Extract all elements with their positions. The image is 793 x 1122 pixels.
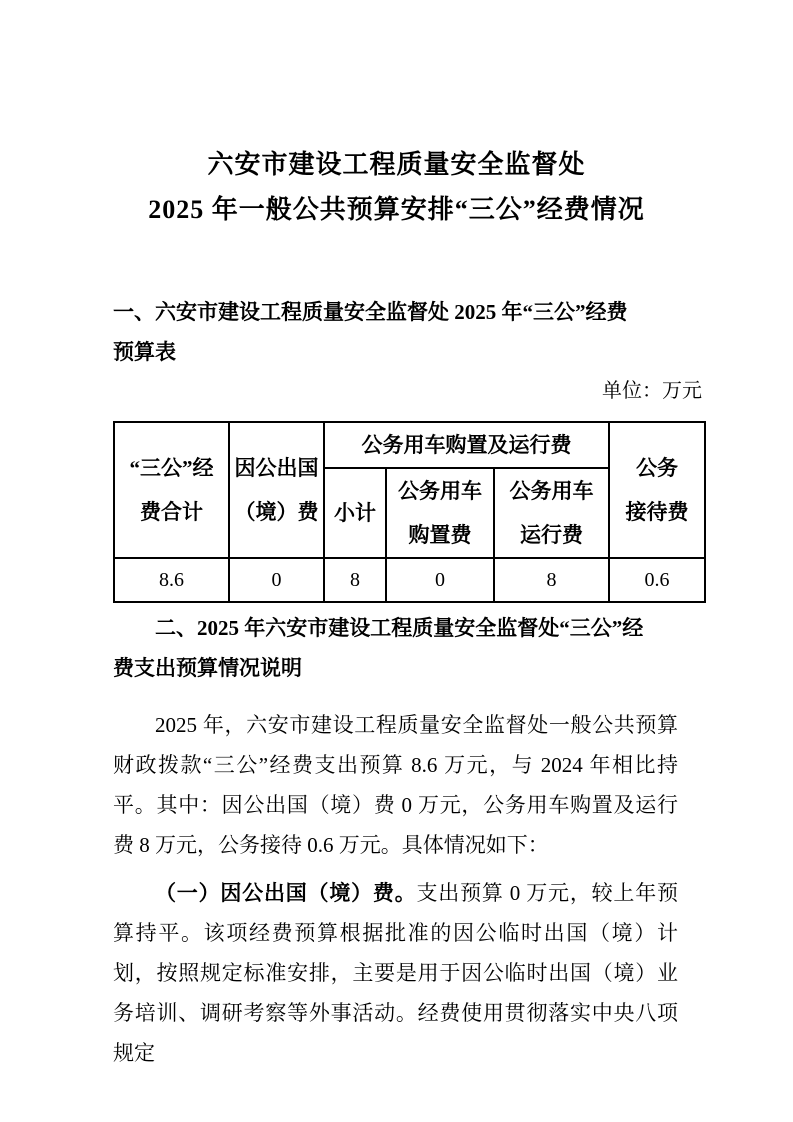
value-vehicle-purchase: 0: [386, 558, 494, 602]
doc-title-line2: 2025 年一般公共预算安排“三公”经费情况: [0, 187, 793, 232]
item1-paragraph: （一）因公出国（境）费。支出预算 0 万元，较上年预算持平。该项经费预算根据批准…: [113, 873, 678, 1073]
header-vehicle-group: 公务用车购置及运行费: [324, 422, 609, 468]
header-three-public-total: “三公”经 费合计: [114, 422, 229, 558]
section2-heading: 二、2025 年六安市建设工程质量安全监督处“三公”经 费支出预算情况说明: [113, 608, 678, 688]
header-vehicle-purchase: 公务用车 购置费: [386, 468, 494, 558]
item1-text: 支出预算 0 万元，较上年预算持平。该项经费预算根据批准的因公临时出国（境）计划…: [113, 881, 678, 1065]
value-vehicle-subtotal: 8: [324, 558, 386, 602]
doc-title: 六安市建设工程质量安全监督处 2025 年一般公共预算安排“三公”经费情况: [0, 142, 793, 232]
document-page: 六安市建设工程质量安全监督处 2025 年一般公共预算安排“三公”经费情况 一、…: [0, 0, 793, 1122]
document-content: 一、六安市建设工程质量安全监督处 2025 年“三公”经费 预算表 单位：万元 …: [113, 292, 704, 1073]
doc-title-line1: 六安市建设工程质量安全监督处: [0, 142, 793, 187]
header-vehicle-operation: 公务用车 运行费: [494, 468, 609, 558]
value-abroad: 0: [229, 558, 324, 602]
header-abroad-fee: 因公出国 （境）费: [229, 422, 324, 558]
value-total: 8.6: [114, 558, 229, 602]
section1-heading: 一、六安市建设工程质量安全监督处 2025 年“三公”经费 预算表: [113, 292, 678, 372]
overview-paragraph: 2025 年，六安市建设工程质量安全监督处一般公共预算财政拨款“三公”经费支出预…: [113, 705, 678, 865]
header-reception-fee: 公务 接待费: [609, 422, 705, 558]
table-header-row-1: “三公”经 费合计 因公出国 （境）费 公务用车购置及运行费 公务 接待费: [114, 422, 705, 468]
item1-lead: （一）因公出国（境）费。: [155, 881, 417, 905]
value-vehicle-operation: 8: [494, 558, 609, 602]
unit-label: 单位：万元: [113, 376, 704, 406]
value-reception: 0.6: [609, 558, 705, 602]
header-vehicle-subtotal: 小计: [324, 468, 386, 558]
table-data-row: 8.6 0 8 0 8 0.6: [114, 558, 705, 602]
budget-table: “三公”经 费合计 因公出国 （境）费 公务用车购置及运行费 公务 接待费 小计…: [113, 421, 706, 603]
